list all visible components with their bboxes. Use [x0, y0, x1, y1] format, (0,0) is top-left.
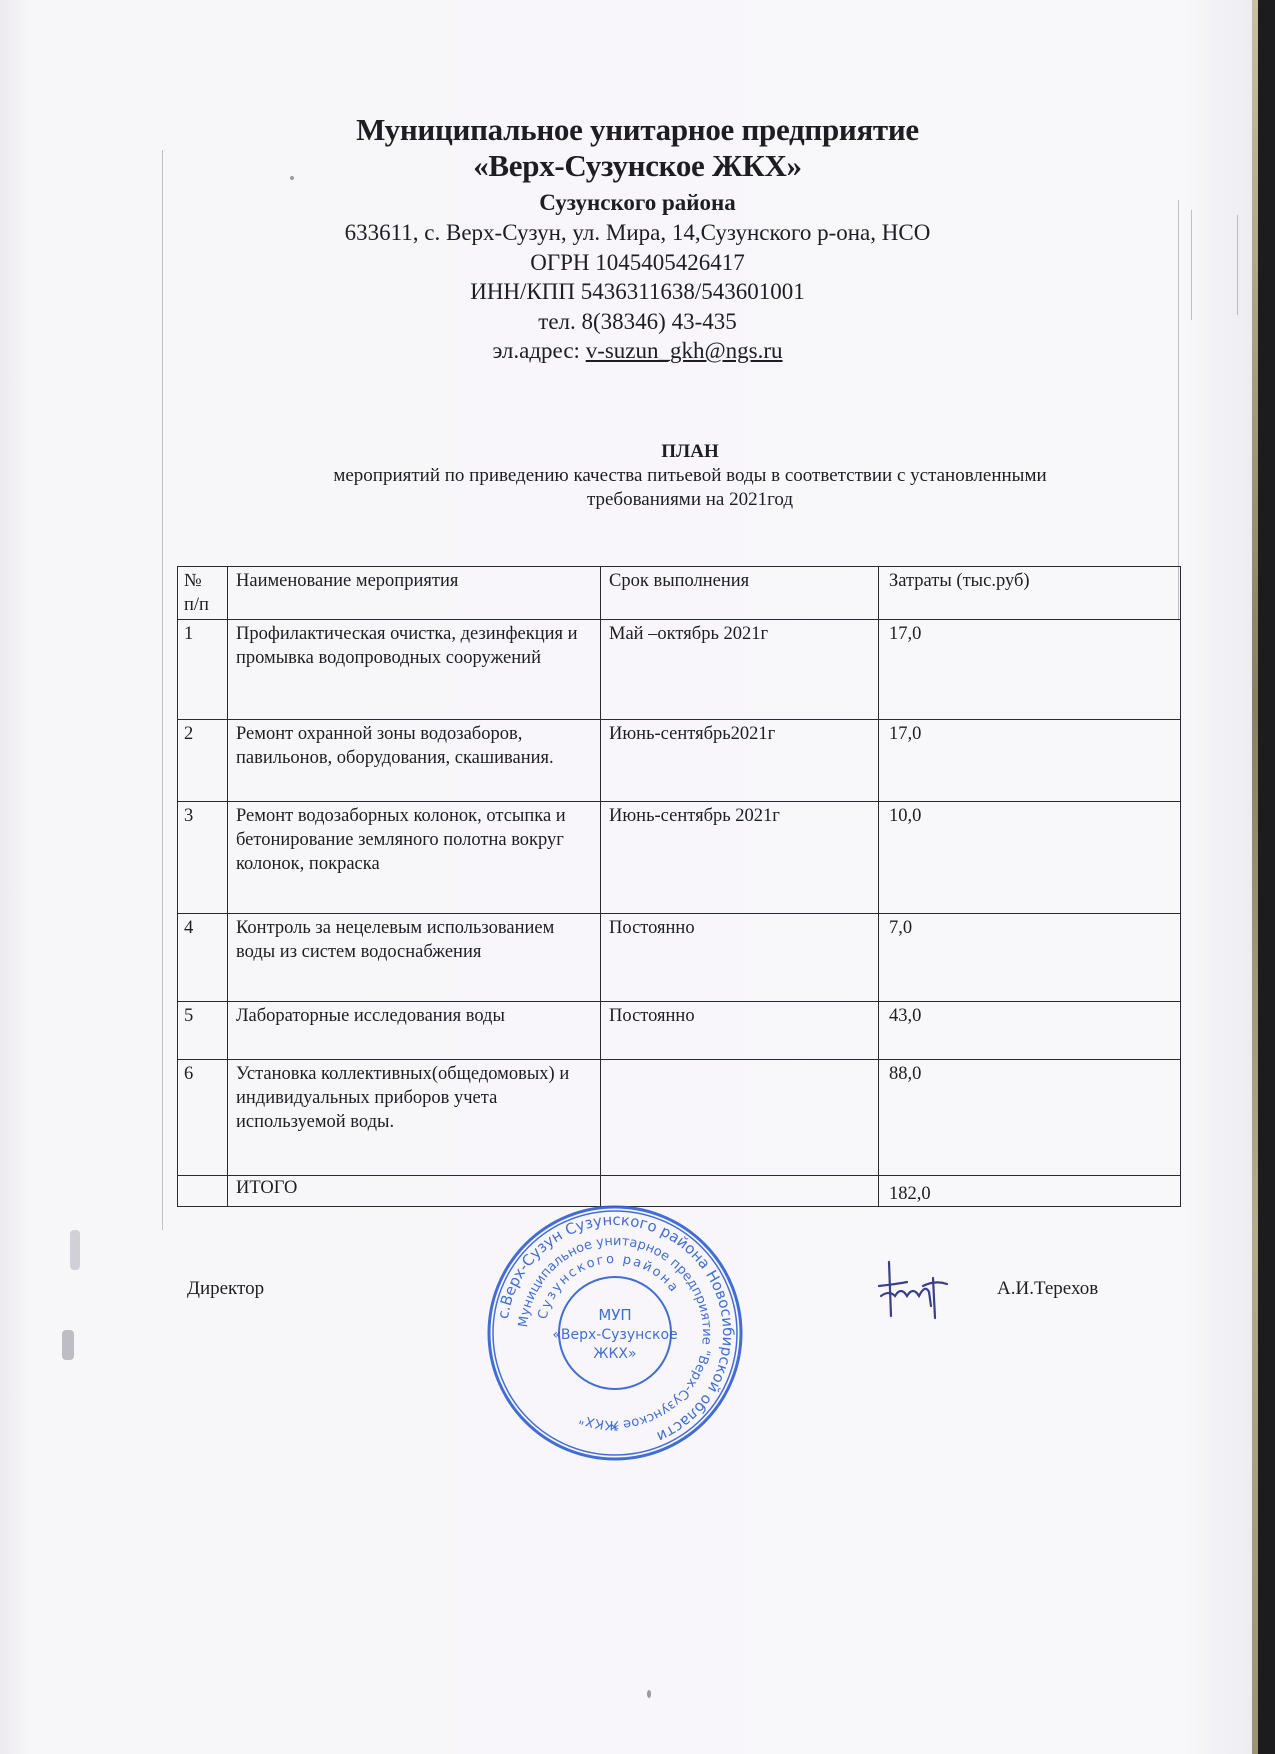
row-number: 1 [178, 620, 228, 720]
table-row: 5 Лабораторные исследования воды Постоян… [178, 1002, 1181, 1060]
row-name: Лабораторные исследования воды [228, 1002, 601, 1060]
table-row: 6 Установка коллективных(общедомовых) и … [178, 1060, 1181, 1176]
org-name: «Верх-Сузунское ЖКХ» [0, 148, 1275, 184]
org-phone: тел. 8(38346) 43-435 [0, 307, 1275, 337]
row-name: Ремонт водозаборных колонок, отсыпка и б… [228, 802, 601, 914]
column-header-cost: Затраты (тыс.руб) [879, 567, 1181, 620]
row-cost: 17,0 [879, 720, 1181, 802]
table-row: 4 Контроль за нецелевым использованием в… [178, 914, 1181, 1002]
row-term: Июнь-сентябрь2021г [601, 720, 879, 802]
plan-description-1: мероприятий по приведению качества питье… [200, 464, 1180, 488]
signatory-role: Директор [187, 1278, 264, 1300]
table-header-row: № п/п Наименование мероприятия Срок выпо… [178, 567, 1181, 620]
column-header-name: Наименование мероприятия [228, 567, 601, 620]
row-number: 2 [178, 720, 228, 802]
scan-speck [647, 1690, 651, 1698]
row-term: Постоянно [601, 914, 879, 1002]
total-value: 182,0 [879, 1176, 1181, 1207]
handwritten-signature-icon [877, 1256, 957, 1326]
row-cost: 10,0 [879, 802, 1181, 914]
stamp-center-3: ЖКХ» [593, 1346, 636, 1362]
email-link[interactable]: v-suzun_gkh@ngs.ru [586, 338, 783, 363]
org-title: Муниципальное унитарное предприятие [0, 112, 1275, 148]
plan-title: ПЛАН [200, 440, 1180, 464]
column-header-number: № п/п [178, 567, 228, 620]
stamp-center-2: «Верх-Сузунское [552, 1327, 677, 1343]
org-district: Сузунского района [0, 188, 1275, 218]
scan-speck [62, 1330, 74, 1360]
column-header-term: Срок выполнения [601, 567, 879, 620]
row-cost: 88,0 [879, 1060, 1181, 1176]
row-name: Установка коллективных(общедомовых) и ин… [228, 1060, 601, 1176]
email-label: эл.адрес: [492, 338, 585, 363]
row-number: 6 [178, 1060, 228, 1176]
signatory-name: А.И.Терехов [997, 1278, 1098, 1300]
letterhead: Муниципальное унитарное предприятие «Вер… [0, 112, 1275, 366]
signature-block: Директор А.И.Терехов [187, 1278, 1167, 1318]
svg-text:*: * [611, 1420, 619, 1439]
org-email-line: эл.адрес: v-suzun_gkh@ngs.ru [0, 336, 1275, 366]
org-ogrn: ОГРН 1045405426417 [0, 248, 1275, 278]
org-address: 633611, с. Верх-Сузун, ул. Мира, 14,Сузу… [0, 218, 1275, 248]
row-name: Ремонт охранной зоны водозаборов, павиль… [228, 720, 601, 802]
row-term: Май –октябрь 2021г [601, 620, 879, 720]
org-inn-kpp: ИНН/КПП 5436311638/543601001 [0, 277, 1275, 307]
row-name: Профилактическая очистка, дезинфекция и … [228, 620, 601, 720]
measures-table: № п/п Наименование мероприятия Срок выпо… [177, 566, 1181, 1207]
row-cost: 43,0 [879, 1002, 1181, 1060]
scan-speck [70, 1230, 80, 1270]
row-cost: 17,0 [879, 620, 1181, 720]
row-number: 5 [178, 1002, 228, 1060]
row-term: Июнь-сентябрь 2021г [601, 802, 879, 914]
stamp-seal-icon: с.Верх-Сузун Сузунского района Новосибир… [484, 1202, 746, 1464]
row-name: Контроль за нецелевым использованием вод… [228, 914, 601, 1002]
table-row: 1 Профилактическая очистка, дезинфекция … [178, 620, 1181, 720]
plan-description-2: требованиями на 2021год [200, 488, 1180, 512]
table-row: 3 Ремонт водозаборных колонок, отсыпка и… [178, 802, 1181, 914]
row-number: 3 [178, 802, 228, 914]
row-cost: 7,0 [879, 914, 1181, 1002]
row-term [601, 1060, 879, 1176]
official-stamp: с.Верх-Сузун Сузунского района Новосибир… [484, 1202, 746, 1464]
plan-heading: ПЛАН мероприятий по приведению качества … [200, 440, 1180, 512]
row-number: 4 [178, 914, 228, 1002]
total-number-cell [178, 1176, 228, 1207]
row-term: Постоянно [601, 1002, 879, 1060]
table-row: 2 Ремонт охранной зоны водозаборов, пави… [178, 720, 1181, 802]
